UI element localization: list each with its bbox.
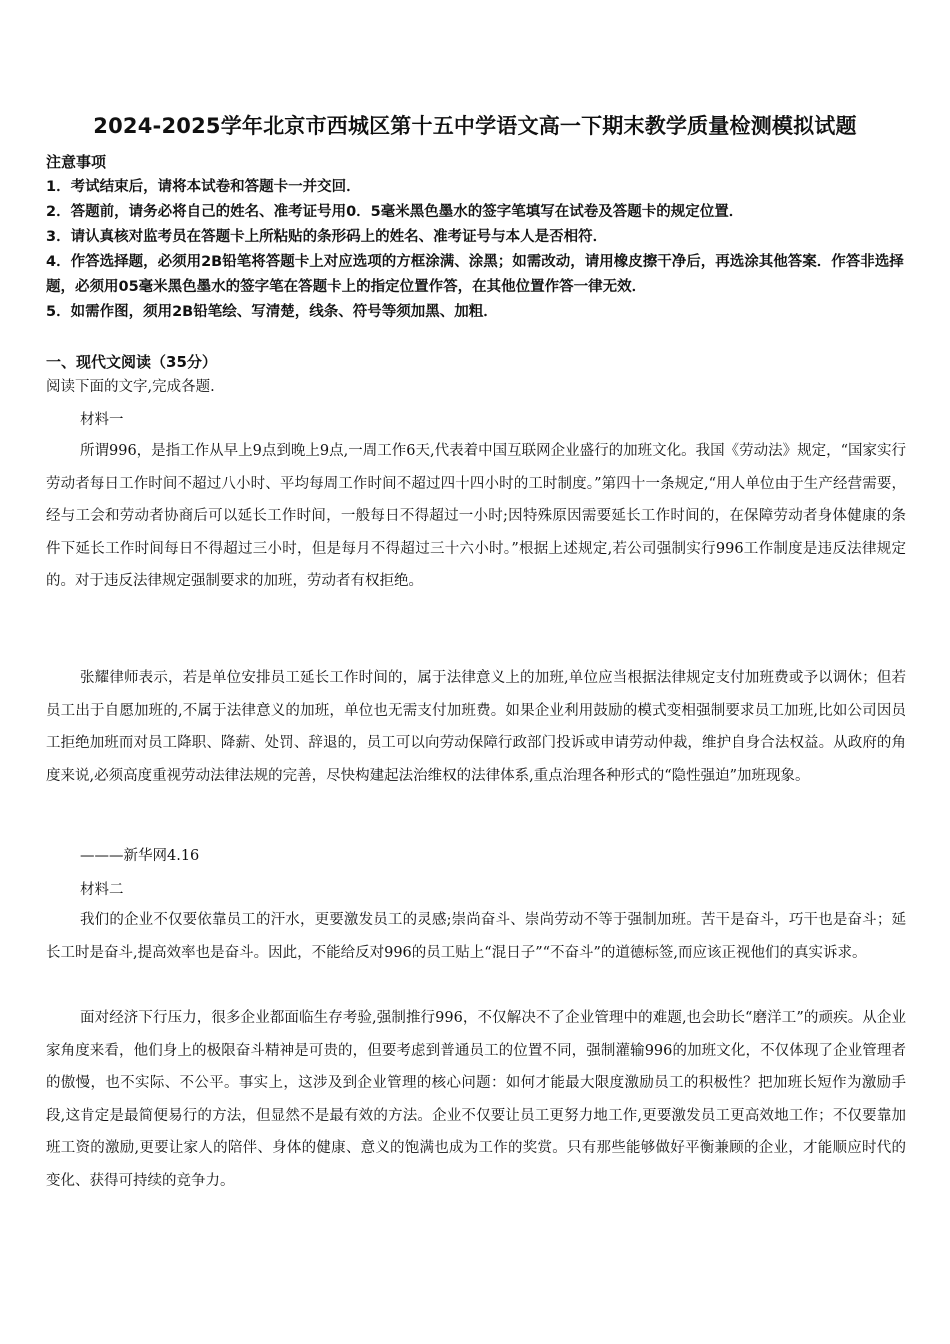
notice-item: 3．请认真核对监考员在答题卡上所粘贴的条形码上的姓名、准考证号与本人是否相符． [46,225,906,250]
paragraph: 我们的企业不仅要依靠员工的汗水，更要激发员工的灵感;崇尚奋斗、崇尚劳动不等于强制… [46,904,906,969]
source-citation: ———新华网4.16 [80,844,199,865]
section-instruction: 阅读下面的文字,完成各题. [46,375,215,396]
notice-item: 2．答题前，请务必将自己的姓名、准考证号用0．5毫米黑色墨水的签字笔填写在试卷及… [46,200,906,225]
paragraph: 面对经济下行压力，很多企业都面临生存考验,强制推行996，不仅解决不了企业管理中… [46,1002,906,1197]
notice-item: 5．如需作图，须用2B铅笔绘、写清楚，线条、符号等须加黑、加粗． [46,300,906,325]
material-label: 材料一 [80,408,124,429]
notice-item: 4．作答选择题，必须用2B铅笔将答题卡上对应选项的方框涂满、涂黑；如需改动，请用… [46,250,906,300]
notice-heading: 注意事项 [46,151,106,172]
document-title: 2024-2025学年北京市西城区第十五中学语文高一下期末教学质量检测模拟试题 [0,110,950,140]
material-label: 材料二 [80,878,124,899]
section-heading: 一、现代文阅读（35分） [46,351,217,372]
paragraph: 张耀律师表示，若是单位安排员工延长工作时间的，属于法律意义上的加班,单位应当根据… [46,662,906,792]
exam-page: 2024-2025学年北京市西城区第十五中学语文高一下期末教学质量检测模拟试题 … [0,0,950,1344]
paragraph: 所谓996，是指工作从早上9点到晚上9点,一周工作6天,代表着中国互联网企业盛行… [46,435,906,598]
notice-item: 1．考试结束后，请将本试卷和答题卡一并交回． [46,175,906,200]
